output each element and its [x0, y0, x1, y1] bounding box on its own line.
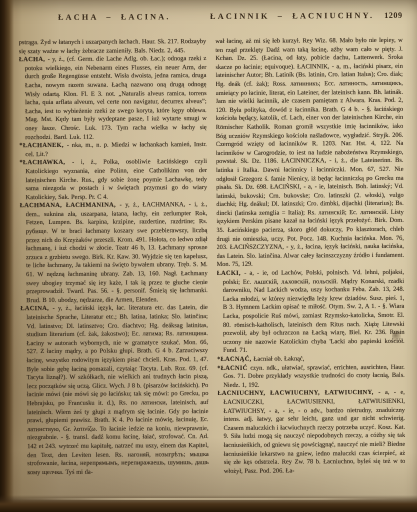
column-left: pstrąga. Żyd w łatanych i uszarpanych ła… — [19, 38, 209, 493]
column-right: wał łacinę, aż mi się łeb kurzył. Rey Wi… — [215, 37, 405, 492]
entry-headword: ŁACKI, — [217, 270, 245, 277]
book-binding-edge — [0, 0, 14, 512]
dictionary-entry: ŁACNIUCHNY, ŁACWIUCHNY, ŁATWIUCHNY, - a,… — [217, 389, 405, 476]
entry-headword: ŁACHMANA, ŁACHMANINA, — [20, 202, 120, 210]
dictionary-entry: *ŁACHANEK, - nka, m., n. p. Miedzi w łac… — [19, 141, 207, 159]
entry-headword: ŁACHA, — [19, 56, 48, 63]
entry-headword: *ŁACNIĆ — [217, 364, 250, 371]
page-content: ŁACHA – ŁACINA. ŁACINNIK – ŁACNIUCHNY. 1… — [19, 11, 406, 493]
text-columns: pstrąga. Żyd w łatanych i uszarpanych ła… — [19, 37, 406, 493]
dictionary-entry: ŁACHMANA, ŁACHMANINA, - y, ż., ŁACHMANKA… — [20, 201, 208, 305]
entry-headword: *ŁACNĄĆ, — [217, 356, 253, 363]
running-head-left: ŁACHA – ŁACINA. — [19, 12, 211, 22]
running-heads: ŁACHA – ŁACINA. ŁACINNIK – ŁACNIUCHNY. 1… — [19, 11, 403, 29]
dictionary-entry: ŁACHA, - y, ż., (cf. Germ. die Lache Adl… — [19, 55, 207, 142]
dictionary-entry: ŁACINA, - y, ż., łaciński ięzyk, łac. li… — [20, 304, 209, 477]
dictionary-entry: *ŁACNIĆ czyn. ndk., ułatwiać, sprawiać, … — [217, 363, 405, 390]
dictionary-entry: wał łacinę, aż mi się łeb kurzył. Rey Wi… — [215, 37, 404, 270]
entry-headword: ŁACINA, — [20, 305, 52, 312]
entry-headword: *ŁACHAWKA, — [19, 159, 72, 166]
running-head-right: ŁACINNIK – ŁACNIUCHNY. 1209 — [210, 11, 403, 21]
dictionary-entry: *ŁACHAWKA, - i, ż., Polka, osobliwie Łac… — [19, 158, 207, 202]
dictionary-entry: ŁACKI, - a, - ie, od Lachów, Polski, pol… — [217, 269, 405, 356]
page-number: 1209 — [384, 11, 402, 20]
entry-headword: *ŁACHANEK, — [19, 142, 67, 149]
page-bottom-edge — [0, 495, 417, 512]
dictionary-entry: pstrąga. Żyd w łatanych i uszarpanych ła… — [19, 38, 207, 56]
entry-headword: ŁACNIUCHNY, ŁACWIUCHNY, ŁATWIUCHNY, — [217, 389, 378, 397]
running-head-right-text: ŁACINNIK – ŁACNIUCHNY. — [210, 11, 374, 21]
